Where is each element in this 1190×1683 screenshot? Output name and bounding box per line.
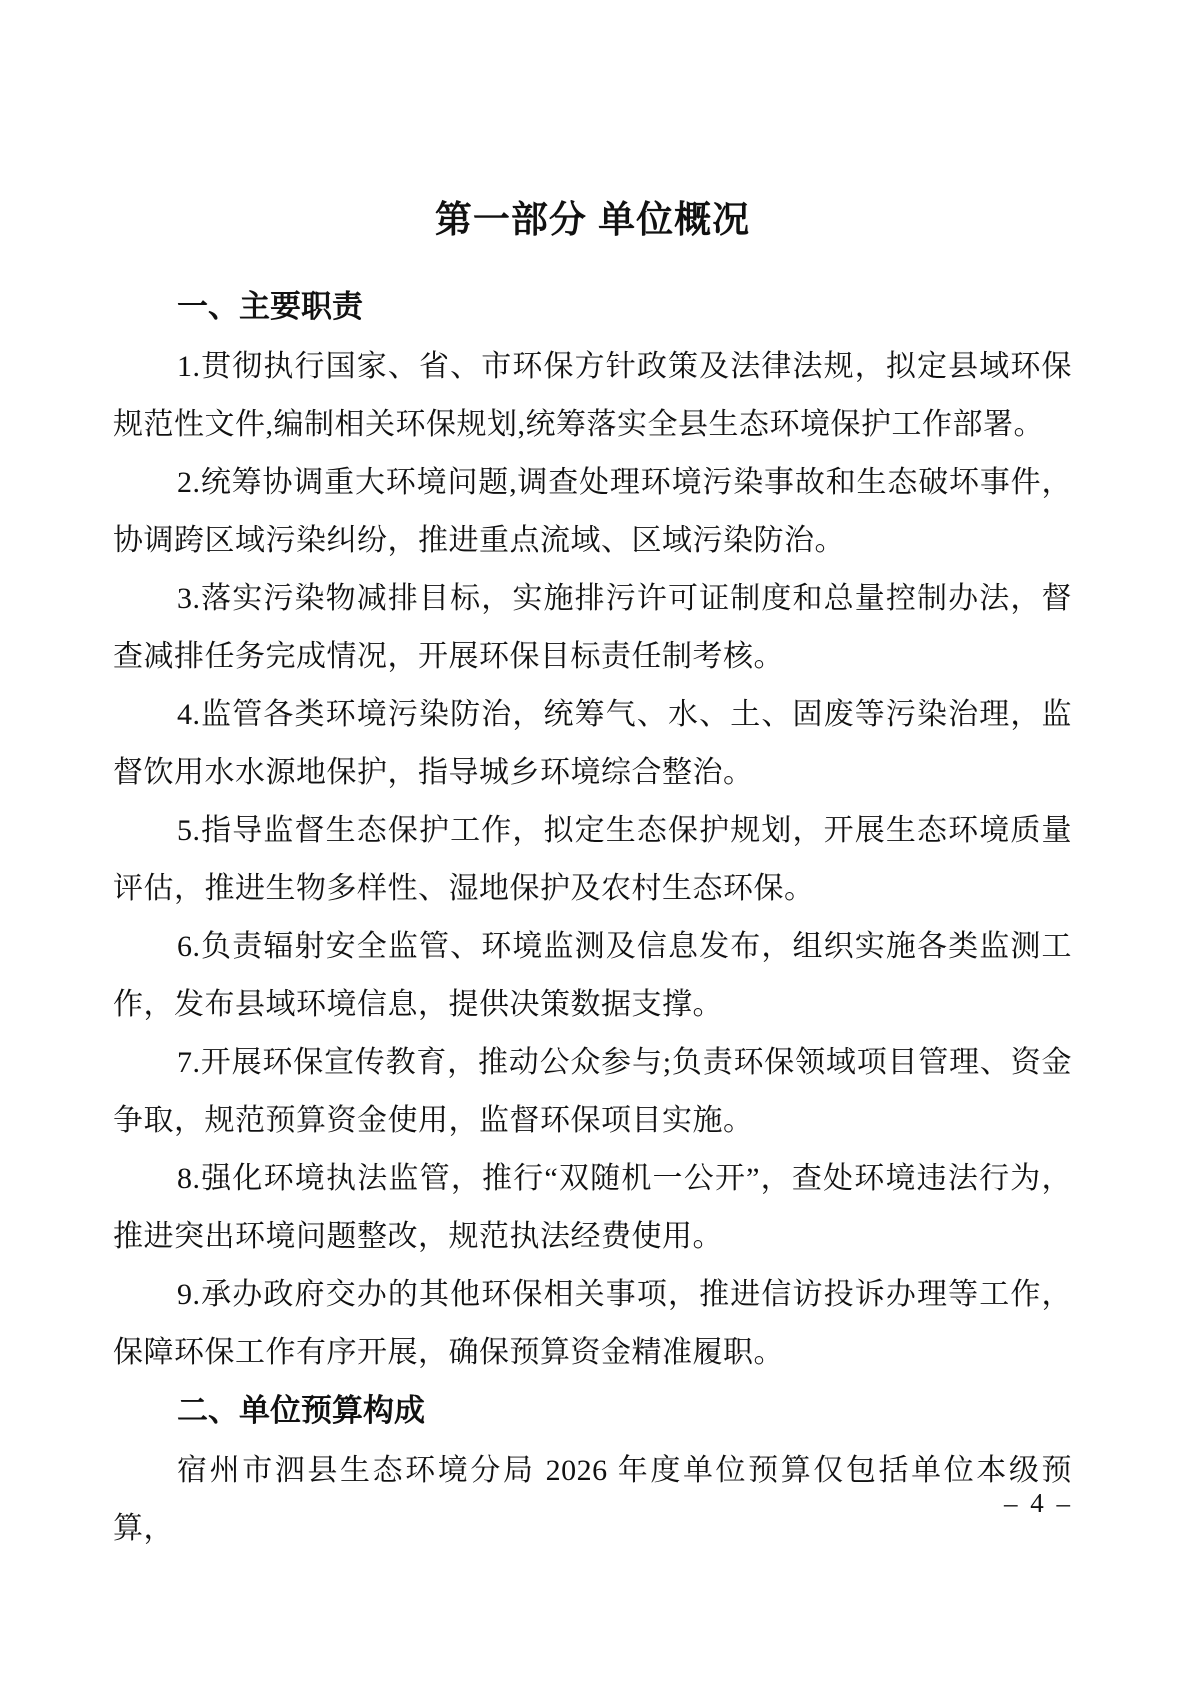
section-2-heading: 二、单位预算构成 xyxy=(113,1388,1072,1434)
document-page: 第一部分 单位概况 一、主要职责 1.贯彻执行国家、省、市环保方针政策及法律法规… xyxy=(0,0,1190,1683)
paragraph-duty-3: 3.落实污染物减排目标，实施排污许可证制度和总量控制办法，督查减排任务完成情况，… xyxy=(113,570,1072,686)
paragraph-duty-9: 9.承办政府交办的其他环保相关事项，推进信访投诉办理等工作，保障环保工作有序开展… xyxy=(113,1266,1072,1382)
paragraph-duty-8: 8.强化环境执法监管，推行“双随机一公开”，查处环境违法行为，推进突出环境问题整… xyxy=(113,1150,1072,1266)
section-1-heading: 一、主要职责 xyxy=(113,284,1072,330)
paragraph-duty-2: 2.统筹协调重大环境问题,调查处理环境污染事故和生态破坏事件，协调跨区域污染纠纷… xyxy=(113,454,1072,570)
paragraph-duty-7: 7.开展环保宣传教育，推动公众参与;负责环保领域项目管理、资金争取，规范预算资金… xyxy=(113,1034,1072,1150)
page-title: 第一部分 单位概况 xyxy=(113,196,1072,244)
paragraph-duty-5: 5.指导监督生态保护工作，拟定生态保护规划，开展生态环境质量评估，推进生物多样性… xyxy=(113,802,1072,918)
page-number: – 4 – xyxy=(1004,1488,1073,1519)
paragraph-duty-6: 6.负责辐射安全监管、环境监测及信息发布，组织实施各类监测工作，发布县域环境信息… xyxy=(113,918,1072,1034)
paragraph-budget-intro: 宿州市泗县生态环境分局 2026 年度单位预算仅包括单位本级预算， xyxy=(113,1442,1072,1558)
paragraph-duty-1: 1.贯彻执行国家、省、市环保方针政策及法律法规，拟定县域环保规范性文件,编制相关… xyxy=(113,338,1072,454)
paragraph-duty-4: 4.监管各类环境污染防治，统筹气、水、土、固废等污染治理，监督饮用水水源地保护，… xyxy=(113,686,1072,802)
